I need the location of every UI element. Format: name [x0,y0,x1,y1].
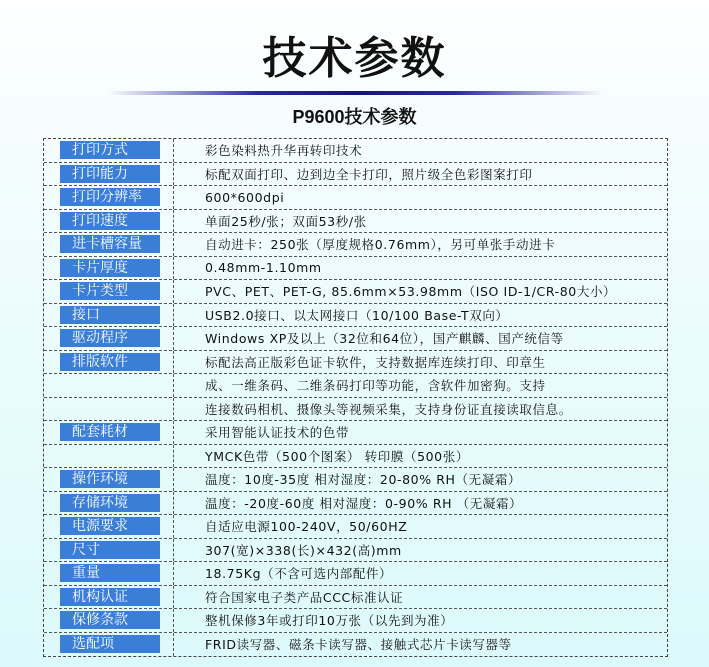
spec-label-cell [44,374,174,397]
spec-label: 打印能力 [60,165,160,183]
spec-row: 打印方式彩色染料热升华再转印技术 [44,139,667,163]
spec-label: 排版软件 [60,353,160,371]
spec-value: 自适应电源100-240V，50/60HZ [174,515,667,538]
spec-label-cell: 打印速度 [44,210,174,233]
spec-label: 卡片类型 [60,282,160,300]
spec-label: 机构认证 [60,588,160,606]
spec-row: 保修条款整机保修3年或打印10万张（以先到为准） [44,609,667,633]
spec-row: 接口USB2.0接口、以太网接口（10/100 Base-T双向） [44,304,667,328]
spec-value: 连接数码相机、摄像头等视频采集，支持身份证直接读取信息。 [174,398,667,421]
spec-value: YMCK色带（500个图案） 转印膜（500张） [174,445,667,468]
spec-row: 电源要求自适应电源100-240V，50/60HZ [44,515,667,539]
spec-row: 卡片厚度0.48mm-1.10mm [44,257,667,281]
spec-label-cell: 存储环境 [44,492,174,515]
spec-label: 进卡槽容量 [60,235,160,253]
spec-value: 18.75Kg（不含可选内部配件） [174,562,667,585]
spec-label: 驱动程序 [60,329,160,347]
spec-row: 连接数码相机、摄像头等视频采集，支持身份证直接读取信息。 [44,398,667,422]
spec-label: 卡片厚度 [60,259,160,277]
spec-label-cell: 进卡槽容量 [44,233,174,256]
spec-row: 打印分辨率600*600dpi [44,186,667,210]
page-title: 技术参数 [0,34,709,84]
spec-label-cell: 卡片厚度 [44,257,174,280]
spec-label-cell: 排版软件 [44,351,174,374]
spec-label-cell [44,398,174,421]
spec-value: 自动进卡：250张（厚度规格0.76mm），另可单张手动进卡 [174,233,667,256]
spec-label-cell: 保修条款 [44,609,174,632]
spec-label-cell: 选配项 [44,633,174,657]
spec-label: 配套耗材 [60,423,160,441]
spec-label: 操作环境 [60,470,160,488]
spec-label-cell: 驱动程序 [44,327,174,350]
spec-row: 打印能力标配双面打印、边到边全卡打印，照片级全色彩图案打印 [44,163,667,187]
spec-value: 成、一维条码、二维条码打印等功能，含软件加密狗。支持 [174,374,667,397]
spec-row: 排版软件标配法高正版彩色证卡软件，支持数据库连续打印、印章生 [44,351,667,375]
section-subtitle: P9600技术参数 [0,106,709,128]
spec-label-cell: 接口 [44,304,174,327]
spec-label: 存储环境 [60,494,160,512]
spec-value: 600*600dpi [174,186,667,209]
spec-row: 进卡槽容量自动进卡：250张（厚度规格0.76mm），另可单张手动进卡 [44,233,667,257]
spec-row: 打印速度单面25秒/张；双面53秒/张 [44,210,667,234]
spec-value: Windows XP及以上（32位和64位），国产麒麟、国产统信等 [174,327,667,350]
spec-row: 配套耗材采用智能认证技术的色带 [44,421,667,445]
spec-label: 接口 [60,306,160,324]
spec-label: 打印方式 [60,141,160,159]
spec-label: 打印分辨率 [60,188,160,206]
spec-value: 标配法高正版彩色证卡软件，支持数据库连续打印、印章生 [174,351,667,374]
spec-row: 存储环境温度：-20度-60度 相对湿度：0-90% RH （无凝霜） [44,492,667,516]
spec-row: 成、一维条码、二维条码打印等功能，含软件加密狗。支持 [44,374,667,398]
spec-label: 保修条款 [60,611,160,629]
spec-value: 采用智能认证技术的色带 [174,421,667,444]
spec-value: 整机保修3年或打印10万张（以先到为准） [174,609,667,632]
spec-row: 重量18.75Kg（不含可选内部配件） [44,562,667,586]
spec-value: 标配双面打印、边到边全卡打印，照片级全色彩图案打印 [174,163,667,186]
spec-row: YMCK色带（500个图案） 转印膜（500张） [44,445,667,469]
spec-row: 卡片类型PVC、PET、PET-G, 85.6mm×53.98mm（ISO ID… [44,280,667,304]
title-divider [108,91,603,95]
spec-row: 操作环境温度：10度-35度 相对湿度：20-80% RH（无凝霜） [44,468,667,492]
spec-value: 温度：10度-35度 相对湿度：20-80% RH（无凝霜） [174,468,667,491]
spec-label-cell: 打印方式 [44,139,174,162]
spec-label: 尺寸 [60,541,160,559]
spec-row: 尺寸307(宽)×338(长)×432(高)mm [44,539,667,563]
spec-label-cell: 电源要求 [44,515,174,538]
spec-row: 驱动程序Windows XP及以上（32位和64位），国产麒麟、国产统信等 [44,327,667,351]
spec-table: 打印方式彩色染料热升华再转印技术打印能力标配双面打印、边到边全卡打印，照片级全色… [43,138,668,657]
spec-value: 307(宽)×338(长)×432(高)mm [174,539,667,562]
spec-row: 选配项FRID读写器、磁条卡读写器、接触式芯片卡读写器等 [44,633,667,657]
spec-value: 符合国家电子类产品CCC标准认证 [174,586,667,609]
spec-label: 电源要求 [60,517,160,535]
spec-label-cell: 打印分辨率 [44,186,174,209]
spec-value: 彩色染料热升华再转印技术 [174,139,667,162]
spec-label-cell: 尺寸 [44,539,174,562]
spec-label-cell: 配套耗材 [44,421,174,444]
spec-row: 机构认证符合国家电子类产品CCC标准认证 [44,586,667,610]
spec-value: FRID读写器、磁条卡读写器、接触式芯片卡读写器等 [174,633,667,657]
spec-label-cell: 重量 [44,562,174,585]
spec-label-cell: 机构认证 [44,586,174,609]
spec-value: USB2.0接口、以太网接口（10/100 Base-T双向） [174,304,667,327]
spec-label-cell: 卡片类型 [44,280,174,303]
spec-value: PVC、PET、PET-G, 85.6mm×53.98mm（ISO ID-1/C… [174,280,667,303]
spec-label: 选配项 [60,635,160,653]
spec-label: 重量 [60,564,160,582]
spec-label-cell: 打印能力 [44,163,174,186]
spec-value: 0.48mm-1.10mm [174,257,667,280]
spec-label: 打印速度 [60,212,160,230]
spec-value: 温度：-20度-60度 相对湿度：0-90% RH （无凝霜） [174,492,667,515]
spec-label-cell: 操作环境 [44,468,174,491]
spec-label-cell [44,445,174,468]
spec-value: 单面25秒/张；双面53秒/张 [174,210,667,233]
